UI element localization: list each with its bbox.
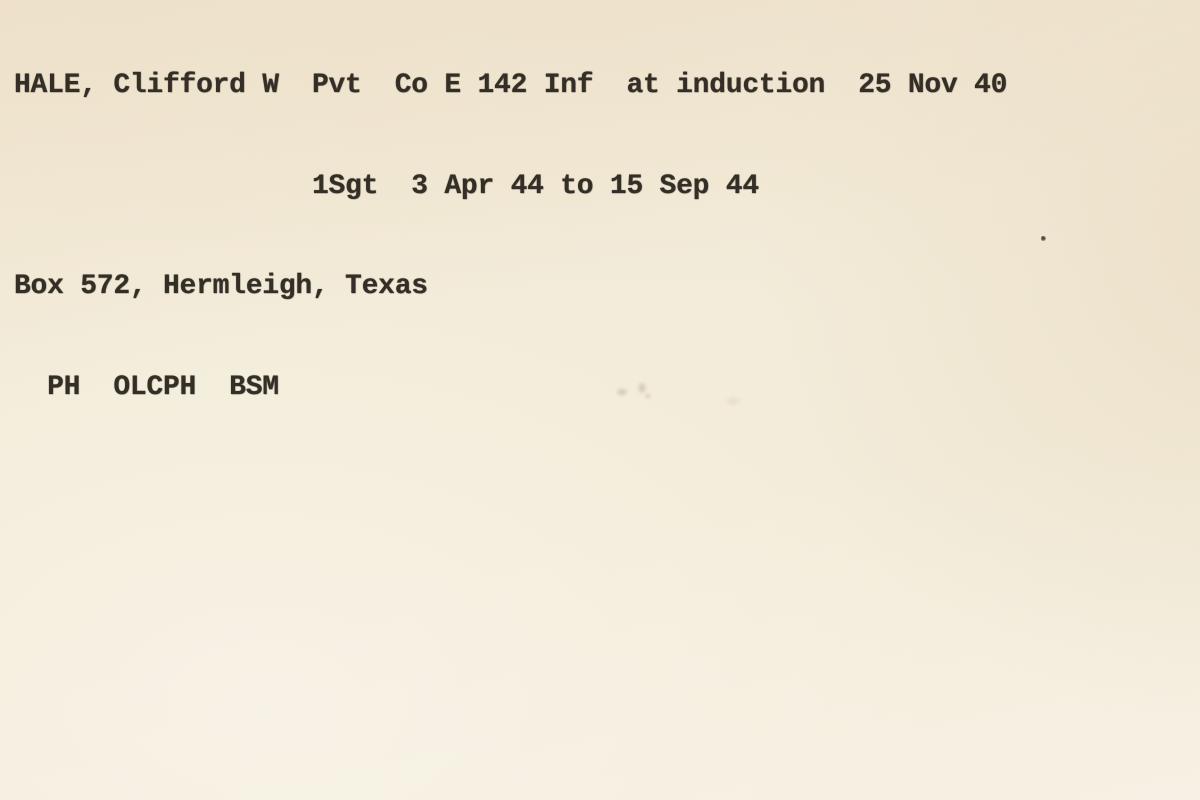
ink-speck	[1041, 236, 1046, 241]
address-line: Box 572, Hermleigh, Texas	[14, 270, 1007, 304]
name-rank-unit-line: HALE, Clifford W Pvt Co E 142 Inf at ind…	[14, 69, 1007, 103]
promotion-dates-line: 1Sgt 3 Apr 44 to 15 Sep 44	[14, 170, 1007, 204]
faint-paper-spot	[718, 392, 748, 410]
pencil-smudge-mark	[608, 378, 660, 402]
typewritten-text-block: HALE, Clifford W Pvt Co E 142 Inf at ind…	[14, 2, 1007, 471]
awards-line: PH OLCPH BSM	[14, 371, 1007, 405]
index-card: HALE, Clifford W Pvt Co E 142 Inf at ind…	[0, 0, 1200, 800]
